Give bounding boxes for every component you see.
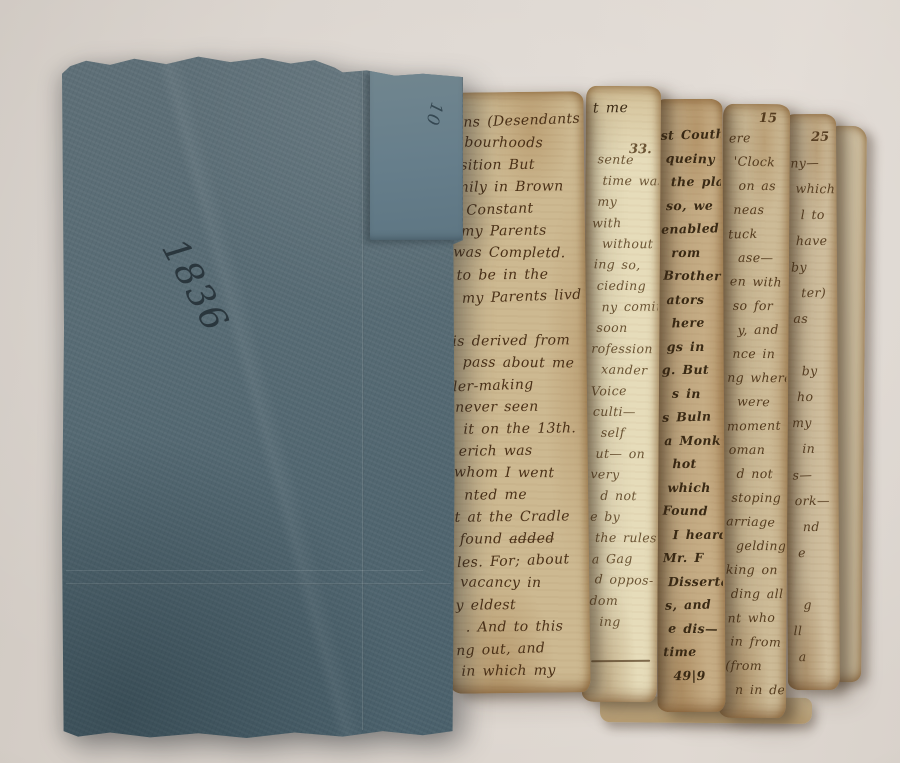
manuscript-line: stoping [726,486,785,510]
manuscript-line: whom I went [454,462,585,485]
manuscript-line: is derived from [452,329,583,353]
manuscript-line: was Completd. [451,242,582,265]
manuscript-line: pass about me [453,352,584,375]
manuscript-line: ase— [728,246,787,270]
manuscript-line: which [662,475,722,499]
manuscript-line: ny coming [591,296,657,318]
manuscript-line: so for [728,294,787,318]
manuscript-line: ing [589,611,655,632]
manuscript-line: king on [726,558,785,582]
manuscript-line [452,307,583,331]
manuscript-line: the plan [661,170,721,194]
crease-line-horizontal [66,583,451,585]
manuscript-page-4: 15 ere'Clockon asneastuckase—en withso f… [719,104,790,718]
manuscript-line: to be in the [451,263,582,287]
manuscript-line: t me [593,98,659,120]
manuscript-lines: t mesentetime wasmywithwithouting so,cie… [582,86,661,633]
manuscript-line: which [790,176,834,203]
manuscript-line: ll [794,618,838,644]
photo-scene: 25 ny—whichl tohavebyter)asbyhomyins—ork… [0,0,900,763]
manuscript-line: I heard, [663,522,723,546]
manuscript-line: l to [791,202,835,228]
manuscript-line: my Parents [451,219,582,243]
manuscript-line: without [592,233,658,254]
manuscript-line: s— [792,461,837,488]
manuscript-line: d not [726,462,785,486]
manuscript-lines: ians (Desendantshbourhoodssition Butmily… [443,91,590,683]
crease-line-vertical [362,70,364,730]
manuscript-line: ators [661,287,721,311]
manuscript-line: very [590,463,657,486]
manuscript-line: s Buln [662,404,723,429]
manuscript-line: with [592,212,658,234]
manuscript-line: as [791,306,835,333]
manuscript-line: erich was [454,439,585,463]
manuscript-line [792,332,836,358]
manuscript-line: d not [590,485,656,506]
manuscript-page-3: st Couthlaqueinythe planso, weenabledrom… [654,99,725,712]
manuscript-line: d oppos- [589,568,656,591]
manuscript-line: Mr. F [663,546,723,570]
manuscript-line: ians (Desendants [449,108,581,135]
envelope-flap: 10 [370,70,462,240]
manuscript-line: rofession [591,338,657,359]
manuscript-line: found a̶d̶d̶e̶d̶ [455,527,586,551]
manuscript-line: Disserta [663,569,723,593]
manuscript-line: 'Clock [728,149,788,175]
manuscript-line: in [792,436,836,463]
manuscript-page-1: ians (Desendantshbourhoodssition Butmily… [443,91,590,694]
manuscript-lines: st Couthlaqueinythe planso, weenabledrom… [654,99,725,687]
manuscript-line: gelding [726,534,785,558]
manuscript-line: Brother [661,264,721,288]
manuscript-line: y, and [727,318,786,343]
manuscript-line: nt who [725,606,784,631]
manuscript-line: tuck [728,222,787,247]
manuscript-line: were [727,389,787,415]
manuscript-line: s in [662,381,722,405]
manuscript-line: sente [592,148,659,171]
manuscript-line: nce in [727,342,786,366]
manuscript-line: neas [728,198,787,222]
manuscript-line: ut— on [591,443,657,464]
manuscript-line: sition But [450,153,581,177]
manuscript-line: have [791,228,835,254]
manuscript-line: n in dea [725,678,784,702]
manuscript-line: my [592,191,658,212]
manuscript-line: a [794,644,838,670]
manuscript-line: nted me [454,483,585,507]
manuscript-page-2: 33. t mesentetime wasmywithwithouting so… [582,86,661,703]
manuscript-line: st Couthla [660,122,721,147]
manuscript-line: by [791,253,836,280]
manuscript-line: arriage [726,509,786,535]
manuscript-line: ho [792,384,836,410]
manuscript-line: s, and [663,592,724,617]
manuscript-line: xander [591,358,658,381]
manuscript-line: enabled [661,216,722,241]
manuscript-line: (from [725,654,784,678]
manuscript-line: queiny [661,146,721,170]
manuscript-line: soon [591,317,657,338]
manuscript-line: here [661,310,722,335]
manuscript-line: so, we [661,193,721,217]
manuscript-line: time was [592,170,658,191]
manuscript-line: les. For; about [455,548,587,575]
manuscript-line: en with [728,269,788,295]
manuscript-line: vacancy in [455,572,586,595]
crease-line-horizontal-faint [66,570,423,571]
manuscript-line: t at the Cradle [454,505,585,529]
manuscript-line: on as [728,174,787,198]
manuscript-line: 49|9 [663,663,723,687]
manuscript-line: mily in Brown [450,175,581,199]
manuscript-line: . And to this [456,615,587,639]
manuscript-line: gs in [662,334,722,358]
manuscript-line: my Parents livd [451,284,583,311]
manuscript-line: g. But [662,358,722,382]
manuscript-line: Voice [591,380,657,402]
manuscript-line: g [793,592,837,618]
manuscript-line: time [663,640,723,664]
manuscript-line: ding all [726,582,785,606]
manuscript-line: ng out, and [456,636,588,663]
corner-note: 10 [421,100,446,128]
manuscript-line: ng where [727,366,786,390]
manuscript-line: dom [589,590,655,611]
manuscript-line: hbourhoods [450,132,581,155]
manuscript-line: e by [590,506,656,527]
manuscript-line: ler-making [453,372,585,399]
manuscript-line: a Gag [590,547,656,569]
year-inscription: 1836 [153,232,232,332]
envelope: 10 1836 [62,56,463,738]
manuscript-line: nd [793,514,837,540]
manuscript-line: y eldest [455,593,586,617]
manuscript-line: my [792,410,836,436]
envelope-wrap: 10 1836 [62,56,463,738]
manuscript-line: self [591,422,657,443]
manuscript-line: by [791,357,836,384]
manuscript-line: ter) [791,280,835,306]
manuscript-line: e [793,540,837,566]
manuscript-line: ny— [790,149,835,176]
ink-rule [591,660,650,663]
manuscript-line: ing so, [592,253,659,276]
manuscript-lines: ny—whichl tohavebyter)asbyhomyins—ork—nd… [784,114,840,670]
manuscript-line: e dis— [663,616,723,640]
manuscript-line: never seen [453,395,584,419]
manuscript-line: the rules [590,527,656,548]
manuscript-line: oman [727,438,786,462]
manuscript-line: Found [662,499,722,523]
manuscript-line: ork— [793,488,837,514]
manuscript-lines: ere'Clockon asneastuckase—en withso fory… [719,104,790,702]
manuscript-line: rom [661,240,721,264]
manuscript-page-5: 25 ny—whichl tohavebyter)asbyhomyins—ork… [784,114,840,690]
manuscript-line: it on the 13th. [453,417,584,441]
manuscript-line: ere [729,126,788,151]
manuscript-line: moment [727,414,786,439]
manuscript-line: in which my [456,659,587,683]
manuscript-line: in from a [725,629,785,655]
manuscript-line: a Monk [662,428,722,452]
manuscript-line: a Constant [450,196,582,223]
manuscript-line: hot [662,452,722,476]
manuscript-line [793,566,837,593]
manuscript-line: culti— [591,401,657,422]
manuscript-line: cieding [592,275,658,296]
